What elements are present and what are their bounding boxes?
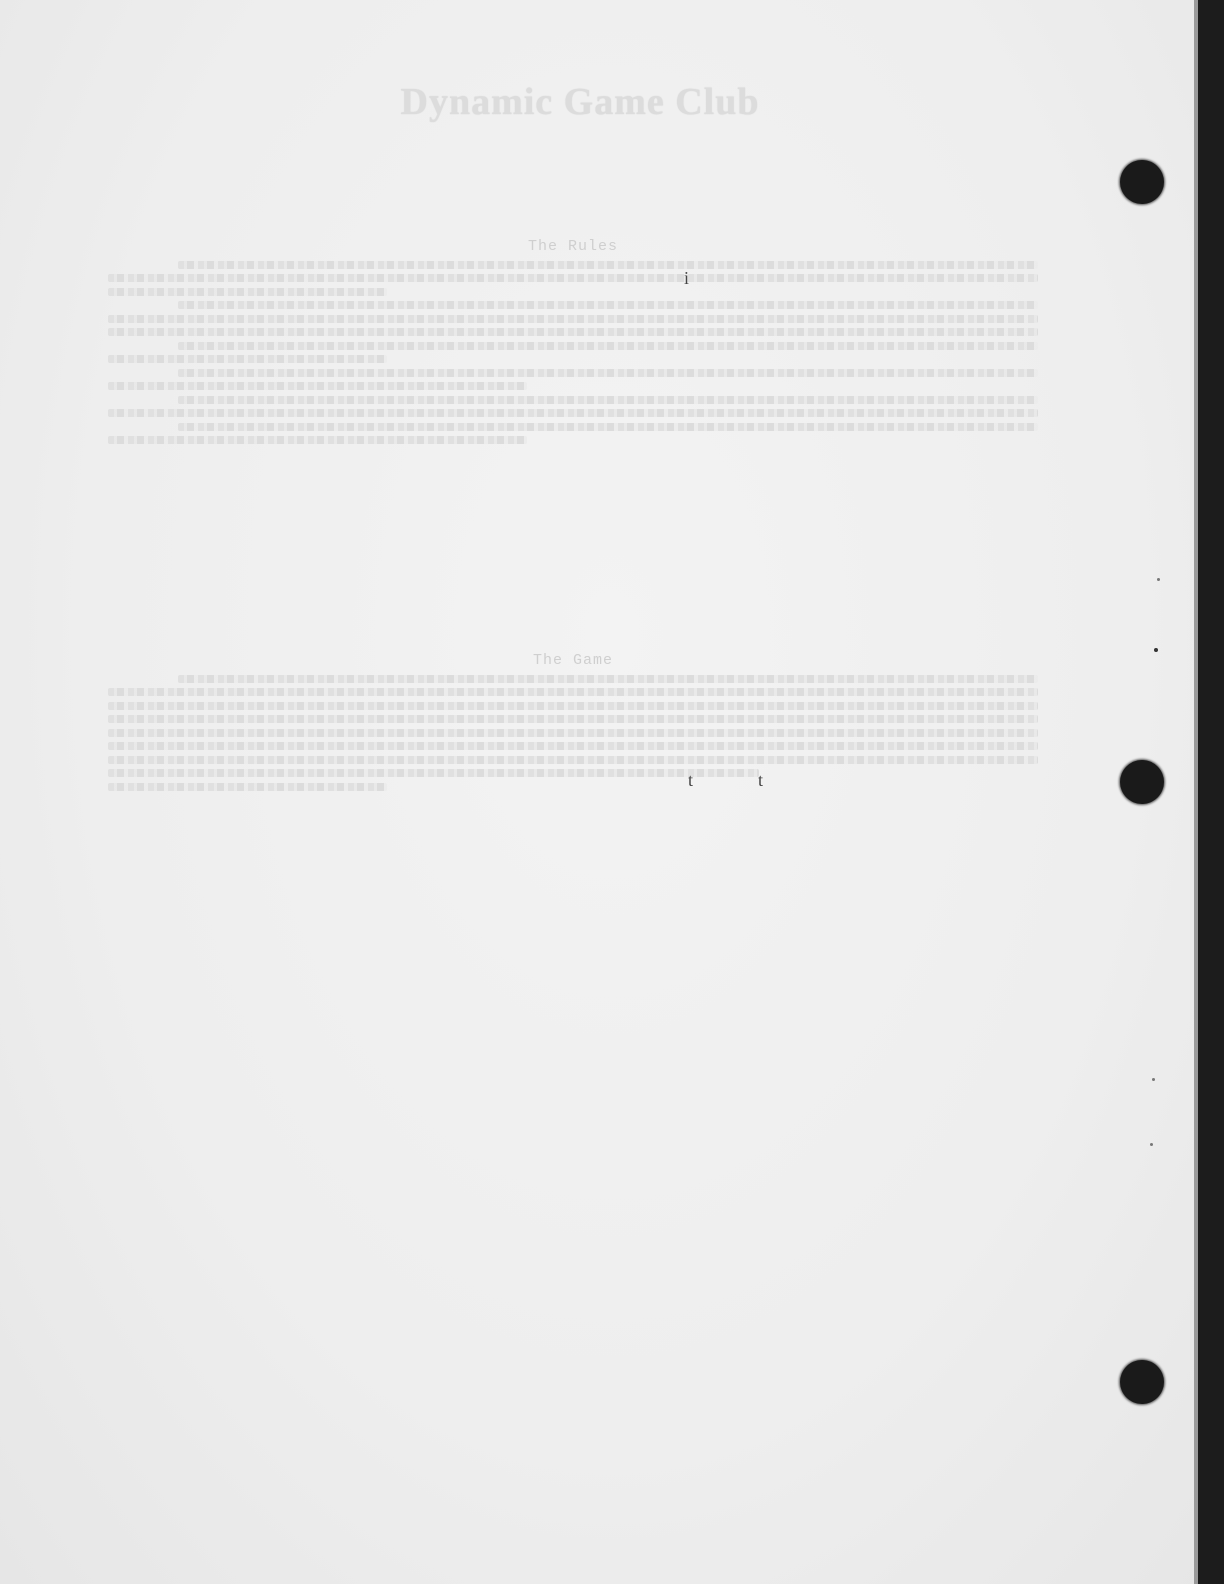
- stray-mark: t: [688, 770, 693, 791]
- text-line: [108, 688, 1038, 696]
- text-line: [178, 301, 1038, 309]
- text-line: [108, 742, 1038, 750]
- speck: [1150, 1143, 1153, 1146]
- text-line: [178, 396, 1038, 404]
- text-line: [178, 261, 1038, 269]
- text-line: [108, 288, 387, 296]
- stray-mark: i: [684, 268, 689, 289]
- text-line: [108, 328, 1038, 336]
- speck: [1154, 648, 1158, 652]
- text-line: [108, 355, 387, 363]
- binder-hole-icon: [1120, 1360, 1164, 1404]
- text-line: [108, 715, 1038, 723]
- text-line: [178, 342, 1038, 350]
- speck: [1152, 1078, 1155, 1081]
- text-line: [108, 409, 1038, 417]
- text-line: [108, 274, 1038, 282]
- text-line: [108, 769, 759, 777]
- section-rules: The Rules: [108, 238, 1038, 450]
- page-edge: [1198, 0, 1224, 1584]
- section-game: The Game: [108, 652, 1038, 796]
- document-title: Dynamic Game Club: [0, 80, 1160, 124]
- speck: [1157, 578, 1160, 581]
- text-line: [178, 369, 1038, 377]
- section-heading: The Game: [108, 652, 1038, 669]
- text-line: [108, 756, 1038, 764]
- text-line: [108, 729, 1038, 737]
- text-line: [108, 702, 1038, 710]
- text-line: [108, 382, 527, 390]
- stray-mark: t: [758, 770, 763, 791]
- text-line: [178, 675, 1038, 683]
- text-line: [108, 783, 387, 791]
- binder-hole-icon: [1120, 760, 1164, 804]
- text-line: [108, 436, 527, 444]
- binder-hole-icon: [1120, 160, 1164, 204]
- scanned-page: Dynamic Game Club The Rules The Game i t…: [0, 0, 1200, 1584]
- text-line: [178, 423, 1038, 431]
- section-heading: The Rules: [108, 238, 1038, 255]
- text-line: [108, 315, 1038, 323]
